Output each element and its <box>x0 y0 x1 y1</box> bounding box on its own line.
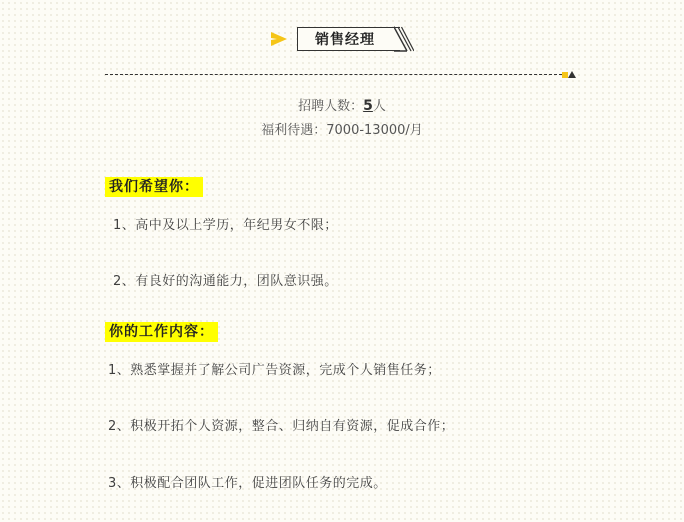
triangle-icon <box>568 71 576 78</box>
headcount-line: 招聘人数：5人 <box>0 95 684 114</box>
salary-line: 福利待遇：7000-13000/月 <box>0 119 684 138</box>
duty-item: 3、积极配合团队工作，促进团队任务的完成。 <box>108 472 387 491</box>
requirements-heading: 我们希望你： <box>105 177 203 197</box>
job-title: 销售经理 <box>315 29 375 49</box>
headcount-label: 招聘人数： <box>298 99 363 114</box>
headcount-unit: 人 <box>373 99 386 114</box>
duty-item: 2、积极开拓个人资源，整合、归纳自有资源，促成合作； <box>108 415 454 434</box>
dashed-divider <box>105 74 562 75</box>
arrow-right-icon <box>271 32 287 46</box>
salary-value: 7000-13000/月 <box>326 123 423 138</box>
job-title-banner: 销售经理 <box>271 25 400 53</box>
duties-heading: 你的工作内容： <box>105 322 218 342</box>
slash-lines-icon <box>394 26 414 52</box>
job-title-box: 销售经理 <box>297 27 400 51</box>
salary-label: 福利待遇： <box>261 123 326 138</box>
requirement-item: 2、有良好的沟通能力，团队意识强。 <box>113 270 338 289</box>
headcount-value: 5 <box>363 98 373 114</box>
requirement-item: 1、高中及以上学历，年纪男女不限； <box>113 214 338 233</box>
duty-item: 1、熟悉掌握并了解公司广告资源，完成个人销售任务； <box>108 359 441 378</box>
